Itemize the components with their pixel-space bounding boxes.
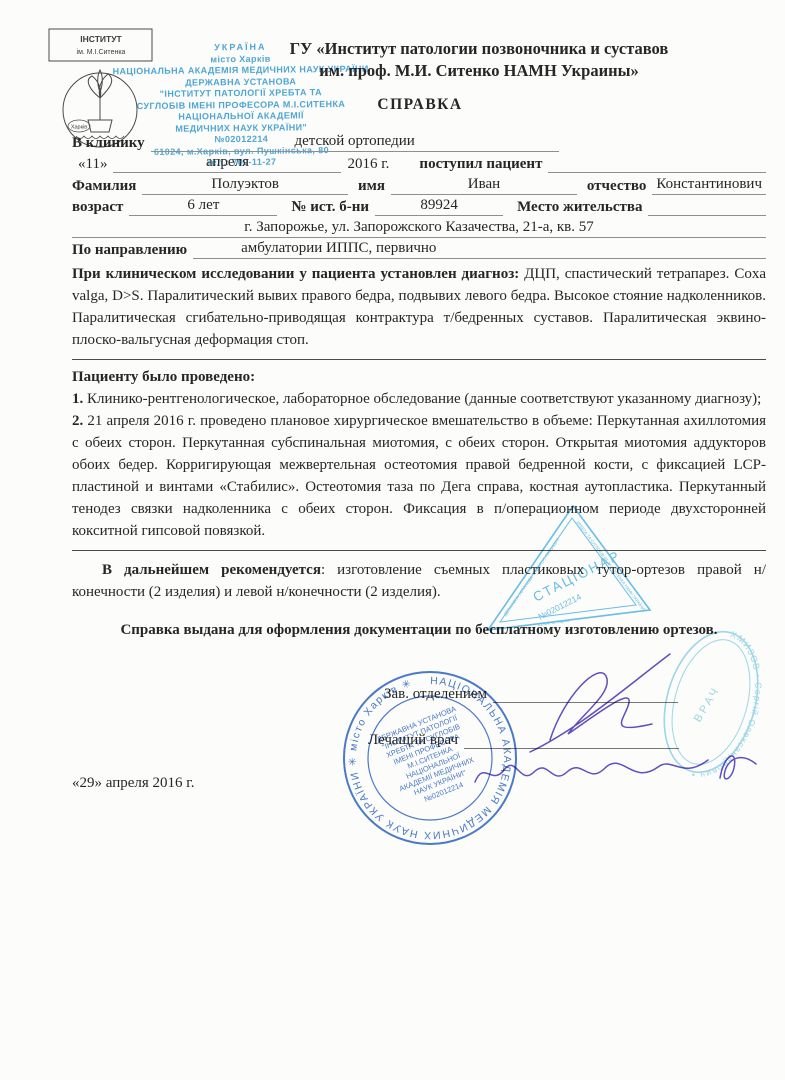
doctor-signature-ink [470,740,770,795]
purpose-statement: Справка выдана для оформления документац… [72,619,766,641]
diagnosis-paragraph: При клиническом исследовании у пациента … [72,263,766,351]
procedure-item-2: 2. 21 апреля 2016 г. проведено плановое … [72,410,766,542]
admission-month: апреля [113,152,341,173]
age-case-row: возраст 6 лет № ист. б-ни 89924 Место жи… [72,195,766,217]
clinic-value: детской ортопедии [151,131,559,152]
admission-label: поступил пациент [395,156,548,173]
residence-value: г. Запорожье, ул. Запорожского Казачеств… [72,217,766,238]
patient-name-row: Фамилия Полуэктов имя Иван отчество Конс… [72,173,766,195]
referral-value: амбулатории ИППС, первично [193,238,766,259]
scanned-certificate-page: ІНСТИТУТ ім. М.І.Ситенка Харків УКРАЇНА … [0,0,785,1080]
patronymic-value: Константинович [652,174,766,195]
procedure-1-text: Клинико-рентгенологическое, лабораторное… [87,391,761,407]
firstname-label: имя [348,178,391,195]
age-label: возраст [72,199,129,216]
institution-title-line1: ГУ «Институт патологии позвоночника и су… [198,38,760,60]
case-no-value: 89924 [375,195,503,216]
logo-line2: ім. М.І.Ситенка [77,48,126,56]
institution-title: ГУ «Институт патологии позвоночника и су… [198,38,760,82]
surname-value: Полуэктов [142,174,348,195]
procedure-2-text: 21 апреля 2016 г. проведено плановое хир… [72,413,766,539]
procedure-1-number: 1. [72,391,83,407]
residence-row: г. Запорожье, ул. Запорожского Казачеств… [72,216,766,238]
admission-day: «11» [72,156,113,173]
procedures-heading: Пациенту было проведено: [72,366,766,388]
section-divider-2 [72,550,766,551]
diagnosis-label: При клиническом исследовании у пациента … [72,266,519,282]
recommendation-label: В дальнейшем рекомендуется [102,562,321,578]
recommendation-paragraph: В дальнейшем рекомендуется: изготовление… [72,559,766,603]
clinic-label: В клинику [72,135,151,152]
procedure-item-1: 1. Клинико-рентгенологическое, лаборатор… [72,388,766,410]
referral-label: По направлению [72,242,193,259]
logo-line1: ІНСТИТУТ [80,34,122,44]
referral-row: По направлению амбулатории ИППС, первичн… [72,238,766,260]
institution-title-line2: им. проф. М.И. Ситенко НАМН Украины» [198,60,760,82]
residence-label: Место жительства [503,199,648,216]
doctor-signature-label: Лечащий врач [368,732,458,749]
patronymic-label: отчество [577,178,653,195]
admission-year: 2016 г. [341,156,395,173]
document-type-heading: СПРАВКА [150,96,690,114]
section-divider-1 [72,359,766,360]
case-no-label: № ист. б-ни [277,199,375,216]
age-value: 6 лет [129,195,277,216]
procedure-2-number: 2. [72,413,83,429]
head-signature-label: Зав. отделением [384,686,487,703]
admission-date-row: «11» апреля 2016 г. поступил пациент [72,152,766,174]
clinic-row: В клинику детской ортопедии [72,130,766,152]
surname-label: Фамилия [72,178,142,195]
firstname-value: Иван [391,174,577,195]
